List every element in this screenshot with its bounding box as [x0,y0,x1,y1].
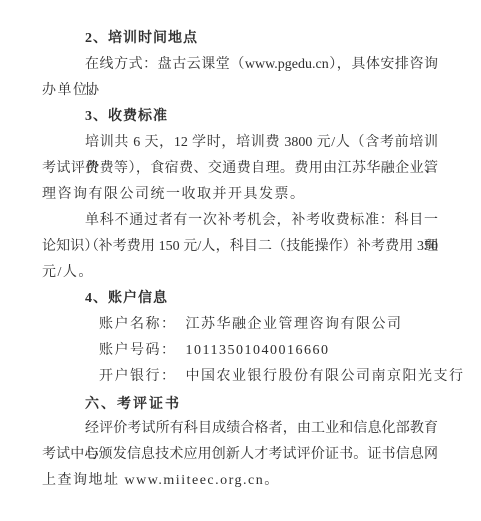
paragraph-line: 培训共 6 天，12 学时，培训费 3800 元/人（含考前培训费、 [42,130,438,156]
paragraph-line: 考试中心颁发信息技术应用创新人才考试评价证书。证书信息网 [42,442,438,468]
account-number-row: 账户号码：10113501040016660 [42,338,438,364]
account-number-value: 10113501040016660 [186,343,330,358]
bank-row: 开户银行：中国农业银行股份有限公司南京阳光支行 [42,364,438,390]
heading-fee-standard: 3、收费标准 [42,104,438,130]
heading-certificate: 六、考评证书 [42,390,438,416]
document-content: 2、培训时间地点 在线方式：盘古云课堂（www.pgedu.cn），具体安排咨询… [42,26,438,494]
heading-account-info: 4、账户信息 [42,286,438,312]
account-number-label: 账户号码： [99,343,177,358]
document-page: 2、培训时间地点 在线方式：盘古云课堂（www.pgedu.cn），具体安排咨询… [0,0,481,521]
paragraph-line: 论知识）补考费用 150 元/人，科目二（技能操作）补考费用 350 [42,234,438,260]
paragraph-line: 在线方式：盘古云课堂（www.pgedu.cn），具体安排咨询协 [42,52,438,78]
paragraph-line: 理咨询有限公司统一收取并开具发票。 [42,182,438,208]
bank-value: 中国农业银行股份有限公司南京阳光支行 [186,369,465,384]
paragraph-line: 考试评价费等），食宿费、交通费自理。费用由江苏华融企业管 [42,156,438,182]
paragraph-line: 经评价考试所有科目成绩合格者，由工业和信息化部教育与 [42,416,438,442]
bank-label: 开户银行： [99,369,177,384]
account-name-row: 账户名称：江苏华融企业管理咨询有限公司 [42,312,438,338]
account-name-value: 江苏华融企业管理咨询有限公司 [186,317,403,332]
paragraph-line: 单科不通过者有一次补考机会，补考收费标准：科目一（理 [42,208,438,234]
heading-training-time-location: 2、培训时间地点 [42,26,438,52]
account-name-label: 账户名称： [99,317,177,332]
paragraph-line: 上查询地址 www.miiteec.org.cn。 [42,468,438,494]
paragraph-line: 办单位。 [42,78,438,104]
paragraph-line: 元/人。 [42,260,438,286]
